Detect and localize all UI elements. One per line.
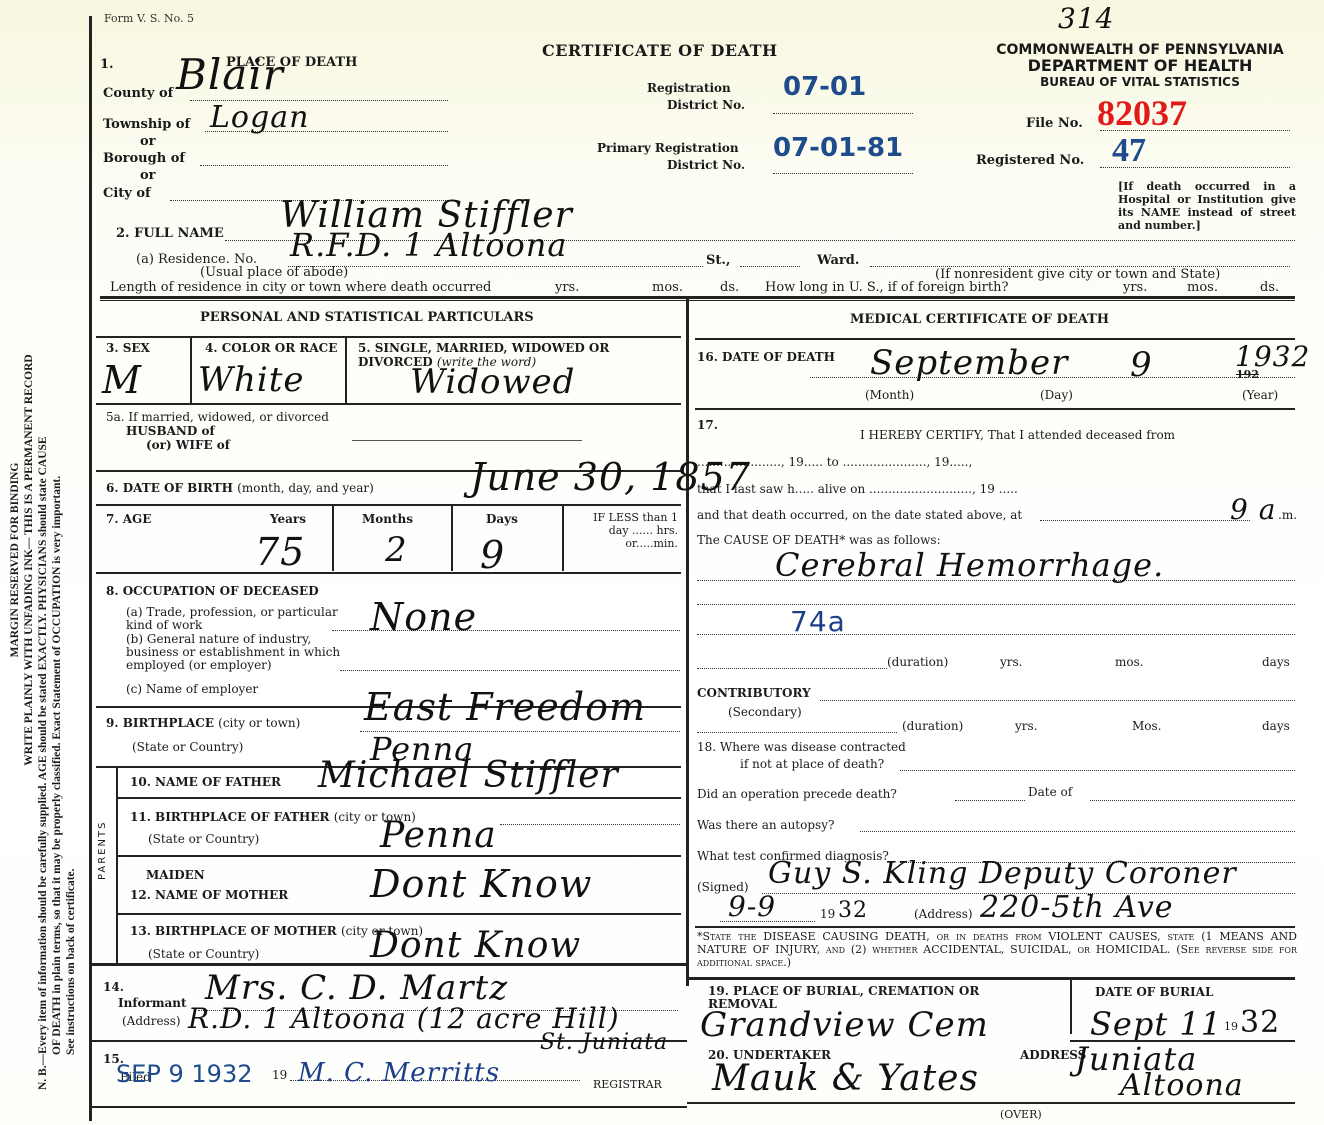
township-value[interactable]: Logan	[210, 100, 309, 135]
secondary-label: (Secondary)	[728, 705, 802, 719]
over-label: (OVER)	[1000, 1108, 1042, 1121]
mother-bp-label-text: 13. BIRTHPLACE OF MOTHER	[130, 924, 337, 938]
time-suffix: .m.	[1278, 508, 1297, 522]
row-rule-10	[92, 963, 687, 966]
personal-heading: PERSONAL AND STATISTICAL PARTICULARS	[200, 310, 534, 325]
duration-mos-1: mos.	[1115, 655, 1144, 669]
primary-reg-stamp: 07-01-81	[773, 133, 903, 163]
mother-maiden-label: MAIDEN	[146, 868, 205, 882]
informant-address-label: (Address)	[122, 1014, 181, 1028]
place-of-death-item-no: 1.	[100, 57, 114, 72]
burial-date-value[interactable]: Sept 11	[1090, 1005, 1222, 1043]
filed-19: 19	[272, 1068, 287, 1082]
mother-label: 12. NAME OF MOTHER	[130, 888, 288, 902]
registered-no-stamp: 47	[1112, 132, 1146, 170]
burial-date-label: DATE OF BURIAL	[1095, 985, 1213, 999]
margin-line-1: MARGIN RESERVED FOR BINDING	[8, 10, 22, 1110]
primary-reg-label-1: Primary Registration	[597, 141, 739, 155]
time-of-death[interactable]: 9 a	[1230, 493, 1276, 526]
duration-line-2	[697, 732, 897, 733]
st-label: St.,	[706, 253, 730, 268]
time-line	[1040, 520, 1250, 521]
duration-line-1	[697, 668, 887, 669]
row-rule-4	[96, 572, 681, 574]
file-no-stamp: 82037	[1097, 92, 1187, 134]
burial-year-prefix: 19	[1224, 1020, 1238, 1033]
cause-code: 74a	[790, 605, 846, 638]
margin-instructions: MARGIN RESERVED FOR BINDING WRITE PLAINL…	[8, 10, 78, 1110]
birthplace-label: 9. BIRTHPLACE (city or town)	[106, 716, 300, 730]
ward-label: Ward.	[817, 253, 859, 268]
row-rule-3	[96, 504, 681, 506]
abode-note: (Usual place of abode)	[200, 265, 348, 280]
registered-no-label: Registered No.	[976, 153, 1084, 168]
spouse-value-line[interactable]	[352, 440, 582, 441]
dod-rule	[695, 408, 1295, 410]
death-certificate: MARGIN RESERVED FOR BINDING WRITE PLAINL…	[0, 0, 1324, 1125]
spouse-label: 5a. If married, widowed, or divorced HUS…	[106, 410, 329, 452]
birthplace-city-note: (city or town)	[218, 716, 300, 730]
age-divider-3	[562, 505, 564, 571]
item-18-label-2: if not at place of death?	[740, 757, 884, 771]
operation-line[interactable]	[955, 800, 1025, 801]
row-rule-7	[118, 797, 681, 799]
us-ds: ds.	[1260, 280, 1279, 295]
sex-label: 3. SEX	[106, 341, 150, 355]
margin-line-2: WRITE PLAINLY WITH UNFADING INK— THIS IS…	[22, 10, 36, 1110]
date-of-line[interactable]	[1090, 800, 1295, 801]
age-divider-2	[451, 505, 453, 571]
margin-line-4: OF DEATH in plain terms, so that it may …	[50, 10, 64, 1110]
personal-heading-rule	[96, 336, 681, 338]
cause-line-3	[697, 634, 1295, 635]
bottom-rule-right	[687, 1102, 1295, 1104]
length-residence-label: Length of residence in city or town wher…	[110, 280, 491, 295]
informant-label: Informant	[118, 996, 187, 1010]
age-label: 7. AGE	[106, 512, 151, 526]
medical-heading: MEDICAL CERTIFICATE OF DEATH	[850, 312, 1109, 327]
header-divider-2	[100, 300, 1295, 301]
issuer-line-3: BUREAU OF VITAL STATISTICS	[970, 75, 1310, 89]
signed-rule	[695, 926, 1295, 928]
duration-label-2: (duration)	[902, 719, 963, 733]
county-value[interactable]: Blair	[176, 50, 284, 99]
certify-text: I HEREBY CERTIFY, That I attended deceas…	[860, 428, 1175, 442]
borough-line[interactable]	[200, 165, 448, 166]
months-label: Months	[362, 512, 413, 526]
reg-district-label-2: District No.	[667, 98, 745, 112]
address-label: (Address)	[914, 907, 973, 921]
length-ds: ds.	[720, 280, 739, 295]
dod-label: 16. DATE OF DEATH	[697, 350, 835, 364]
row-rule-9	[118, 913, 681, 915]
borough-label: Borough of	[103, 151, 185, 166]
father-label: 10. NAME OF FATHER	[130, 775, 281, 789]
father-bp-line	[500, 824, 680, 825]
burial-divider	[1070, 979, 1072, 1034]
spouse-label-2: HUSBAND of	[106, 424, 329, 438]
date-of-label: Date of	[1028, 785, 1072, 799]
or-1: or	[140, 134, 156, 149]
parents-label: PARENTS	[97, 821, 108, 880]
years-value[interactable]: 75	[255, 530, 305, 574]
duration-yrs-2: yrs.	[1015, 719, 1038, 733]
father-bp-state-label: (State or Country)	[148, 832, 259, 846]
dod-month[interactable]: September	[870, 343, 1068, 383]
hospital-note: [If death occurred in a Hospital or Inst…	[1118, 180, 1296, 232]
occurred-label: and that death occurred, on the date sta…	[697, 508, 1022, 522]
informant-no: 14.	[103, 980, 124, 994]
occupation-label: 8. OCCUPATION OF DECEASED	[106, 584, 319, 598]
burial-year[interactable]: 32	[1240, 1005, 1280, 1040]
signed-year[interactable]: 32	[838, 898, 868, 923]
days-label: Days	[486, 512, 518, 526]
cause-line-2[interactable]	[697, 604, 1295, 605]
autopsy-label: Was there an autopsy?	[697, 818, 834, 832]
mother-bp-value[interactable]: Dont Know	[370, 925, 581, 966]
contributory-label: CONTRIBUTORY	[697, 686, 811, 700]
undertaker-value[interactable]: Mauk & Yates	[712, 1058, 979, 1099]
duration-days-2: days	[1262, 719, 1290, 733]
occ-b-line[interactable]	[340, 670, 680, 671]
certificate-title: CERTIFICATE OF DEATH	[542, 41, 778, 60]
st-line	[740, 266, 800, 267]
cause-label: The CAUSE OF DEATH* was as follows:	[697, 533, 941, 547]
bottom-rule-left	[92, 1106, 687, 1108]
informant-address-2: St. Juniata	[540, 1030, 668, 1055]
column-divider	[686, 296, 689, 986]
length-yrs: yrs.	[555, 280, 579, 295]
race-value[interactable]: White	[198, 360, 305, 400]
registrar-label: REGISTRAR	[593, 1078, 662, 1091]
registrar-signature: M. C. Merritts	[298, 1058, 500, 1088]
age-divider-1	[332, 505, 334, 571]
dob-label-text: 6. DATE OF BIRTH	[106, 481, 233, 495]
residence-value[interactable]: R.F.D. 1 Altoona	[290, 226, 567, 264]
length-mos: mos.	[652, 280, 683, 295]
occ-c-label: (c) Name of employer	[126, 682, 258, 696]
dod-day-label: (Day)	[1040, 388, 1073, 402]
last-saw-line: that I last saw h..... alive on ........…	[697, 482, 1018, 496]
father-bp-label-text: 11. BIRTHPLACE OF FATHER	[130, 810, 330, 824]
signed-date[interactable]: 9-9	[728, 890, 776, 923]
primary-reg-label-2: District No.	[667, 158, 745, 172]
duration-label-1: (duration)	[887, 655, 948, 669]
sex-race-divider	[190, 337, 192, 403]
operation-label: Did an operation precede death?	[697, 787, 897, 801]
occ-b-label: (b) General nature of industry, business…	[126, 633, 366, 672]
page-number-handwritten: 314	[1058, 2, 1114, 35]
reg-district-stamp: 07-01	[783, 72, 866, 102]
row-rule-1	[96, 403, 681, 405]
father-bp-value[interactable]: Penna	[380, 815, 497, 856]
item-17: 17.	[697, 418, 718, 432]
township-label: Township of	[103, 117, 190, 132]
race-label: 4. COLOR OR RACE	[205, 341, 337, 355]
row-rule-8	[118, 855, 681, 857]
item-18-label: 18. Where was disease contracted	[697, 740, 906, 754]
mother-value[interactable]: Dont Know	[370, 862, 592, 906]
dod-day[interactable]: 9	[1130, 345, 1153, 385]
spouse-label-1: 5a. If married, widowed, or divorced	[106, 410, 329, 424]
dod-year-label: (Year)	[1242, 388, 1278, 402]
dob-note: (month, day, and year)	[237, 481, 374, 495]
full-name-label: 2. FULL NAME	[116, 226, 224, 241]
item-18-line[interactable]	[900, 770, 1295, 771]
father-bp-label: 11. BIRTHPLACE OF FATHER (city or town)	[130, 810, 416, 824]
duration-mos-2: Mos.	[1132, 719, 1161, 733]
city-label: City of	[103, 186, 151, 201]
cause-value[interactable]: Cerebral Hemorrhage.	[775, 546, 1164, 584]
medical-heading-rule	[695, 338, 1295, 340]
mother-bp-state-label: (State or Country)	[148, 947, 259, 961]
marital-value[interactable]: Widowed	[410, 362, 575, 402]
or-2: or	[140, 168, 156, 183]
less-than-day: IF LESS than 1 day ...... hrs. or.....mi…	[578, 511, 678, 550]
birthplace-state-label: (State or Country)	[132, 740, 243, 754]
residence-line	[288, 266, 703, 267]
form-number: Form V. S. No. 5	[104, 12, 194, 25]
signed-by[interactable]: Guy S. Kling Deputy Coroner	[768, 856, 1237, 891]
years-label: Years	[270, 512, 306, 526]
father-value[interactable]: Michael Stiffler	[318, 755, 619, 796]
us-mos: mos.	[1187, 280, 1218, 295]
margin-line-5: See instructions on back of certificate.	[64, 10, 78, 1110]
dod-printed-year: 192	[1236, 368, 1259, 381]
reg-district-line	[773, 113, 913, 114]
birthplace-city-value[interactable]: East Freedom	[364, 685, 646, 729]
county-label: County of	[103, 86, 173, 101]
duration-days-1: days	[1262, 655, 1290, 669]
cause-footnote: *State the DISEASE CAUSING DEATH, or in …	[697, 930, 1297, 969]
occ-a-label: (a) Trade, profession, or particular kin…	[126, 606, 348, 632]
issuer-block: COMMONWEALTH OF PENNSYLVANIA DEPARTMENT …	[970, 42, 1310, 89]
sex-value[interactable]: M	[102, 358, 142, 402]
contributory-line[interactable]	[820, 700, 1295, 701]
signed-year-prefix: 19	[820, 907, 835, 921]
dod-month-label: (Month)	[865, 388, 914, 402]
autopsy-line[interactable]	[860, 831, 1295, 832]
duration-yrs-1: yrs.	[1000, 655, 1023, 669]
footnote-rule	[687, 977, 1295, 980]
primary-reg-line	[773, 173, 913, 174]
months-value[interactable]: 2	[385, 530, 408, 570]
how-long-us-label: How long in U. S., if of foreign birth?	[765, 280, 1008, 295]
days-value[interactable]: 9	[480, 533, 505, 577]
header-divider	[100, 296, 1295, 299]
occ-a-value[interactable]: None	[370, 595, 477, 639]
filed-date-stamp: SEP 9 1932	[116, 1060, 252, 1088]
attended-from-line: ......................, 19..... to .....…	[697, 455, 972, 469]
birthplace-label-text: 9. BIRTHPLACE	[106, 716, 214, 730]
undertaker-address-2[interactable]: Altoona	[1120, 1068, 1244, 1103]
us-yrs: yrs.	[1123, 280, 1147, 295]
spouse-label-3: (or) WIFE of	[106, 438, 329, 452]
issuer-line-2: DEPARTMENT OF HEALTH	[970, 56, 1310, 75]
dob-label: 6. DATE OF BIRTH (month, day, and year)	[106, 481, 374, 495]
file-no-label: File No.	[1026, 116, 1083, 131]
address-value[interactable]: 220-5th Ave	[980, 890, 1174, 925]
reg-district-label-1: Registration	[647, 81, 731, 95]
margin-line-3: N. B.—Every item of information should b…	[36, 10, 50, 1110]
race-marital-divider	[345, 337, 347, 403]
frame-left	[89, 16, 92, 1121]
burial-place-value[interactable]: Grandview Cem	[700, 1005, 989, 1045]
